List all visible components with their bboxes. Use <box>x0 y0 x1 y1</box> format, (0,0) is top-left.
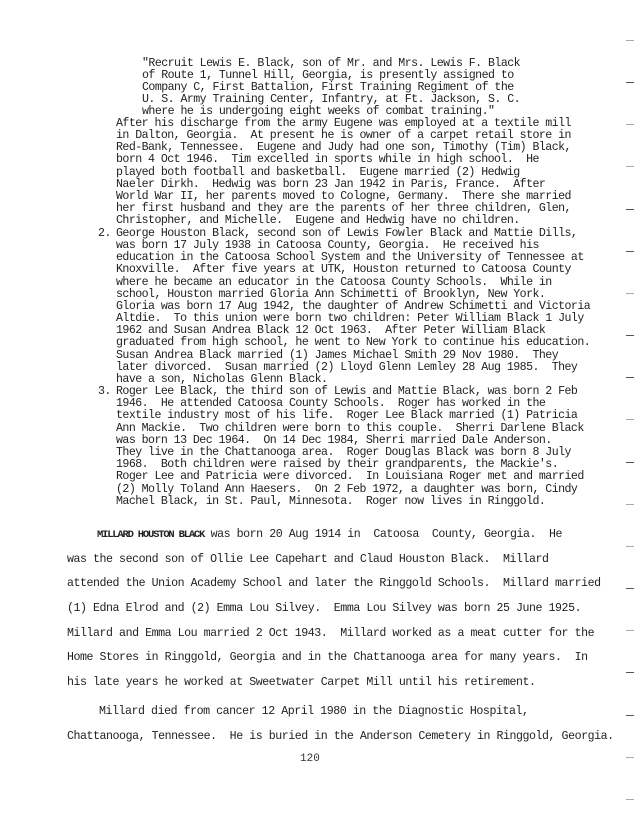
margin-tick <box>626 588 634 589</box>
margin-tick <box>626 251 634 252</box>
list-number: 3. <box>98 386 111 398</box>
text-line: (1) Edna Elrod and (2) Emma Lou Silvey. … <box>67 603 581 615</box>
person-name-heading: MILLARD HOUSTON BLACK <box>97 529 204 541</box>
text-line: attended the Union Academy School and la… <box>67 578 601 590</box>
text-line: his late years he worked at Sweetwater C… <box>67 677 536 689</box>
margin-tick <box>626 293 634 294</box>
margin-tick <box>626 504 634 505</box>
margin-tick <box>626 419 634 420</box>
document-page: "Recruit Lewis E. Black, son of Mr. and … <box>0 0 638 825</box>
text-line: Millard died from cancer 12 April 1980 i… <box>99 706 529 718</box>
margin-tick <box>626 799 634 800</box>
margin-tick <box>626 335 634 336</box>
margin-tick <box>626 209 634 210</box>
margin-tick <box>626 715 634 716</box>
margin-tick <box>626 672 634 673</box>
margin-tick <box>626 757 634 758</box>
text-line: MILLARD HOUSTON BLACK was born 20 Aug 19… <box>97 529 562 541</box>
margin-tick <box>626 124 634 125</box>
margin-tick <box>626 377 634 378</box>
margin-tick <box>626 40 634 41</box>
text-line: Roger Lee and Patricia were divorced. In… <box>116 471 584 483</box>
margin-tick <box>626 462 634 463</box>
text-line: textile industry most of his life. Roger… <box>116 410 577 422</box>
margin-tick <box>626 82 634 83</box>
list-number: 2. <box>98 228 111 240</box>
margin-tick <box>626 546 634 547</box>
text-line: Chattanooga, Tennessee. He is buried in … <box>67 731 614 743</box>
margin-tick <box>626 166 634 167</box>
text-line: graduated from high school, he went to N… <box>116 337 590 349</box>
text-fragment: was born 20 Aug 1914 in Catoosa County, … <box>204 528 562 541</box>
text-line: Christopher, and Michelle. Eugene and He… <box>116 215 520 227</box>
text-line: was the second son of Ollie Lee Capehart… <box>67 554 549 566</box>
margin-tick <box>626 630 634 631</box>
text-line: Knoxville. After five years at UTK, Hous… <box>116 264 571 276</box>
text-line: Machel Black, in St. Paul, Minnesota. Ro… <box>116 496 545 508</box>
page-number: 120 <box>300 753 320 765</box>
text-line: born 4 Oct 1946. Tim excelled in sports … <box>116 154 539 166</box>
text-line: Home Stores in Ringgold, Georgia and in … <box>67 652 588 664</box>
text-line: Millard and Emma Lou married 2 Oct 1943.… <box>67 628 594 640</box>
